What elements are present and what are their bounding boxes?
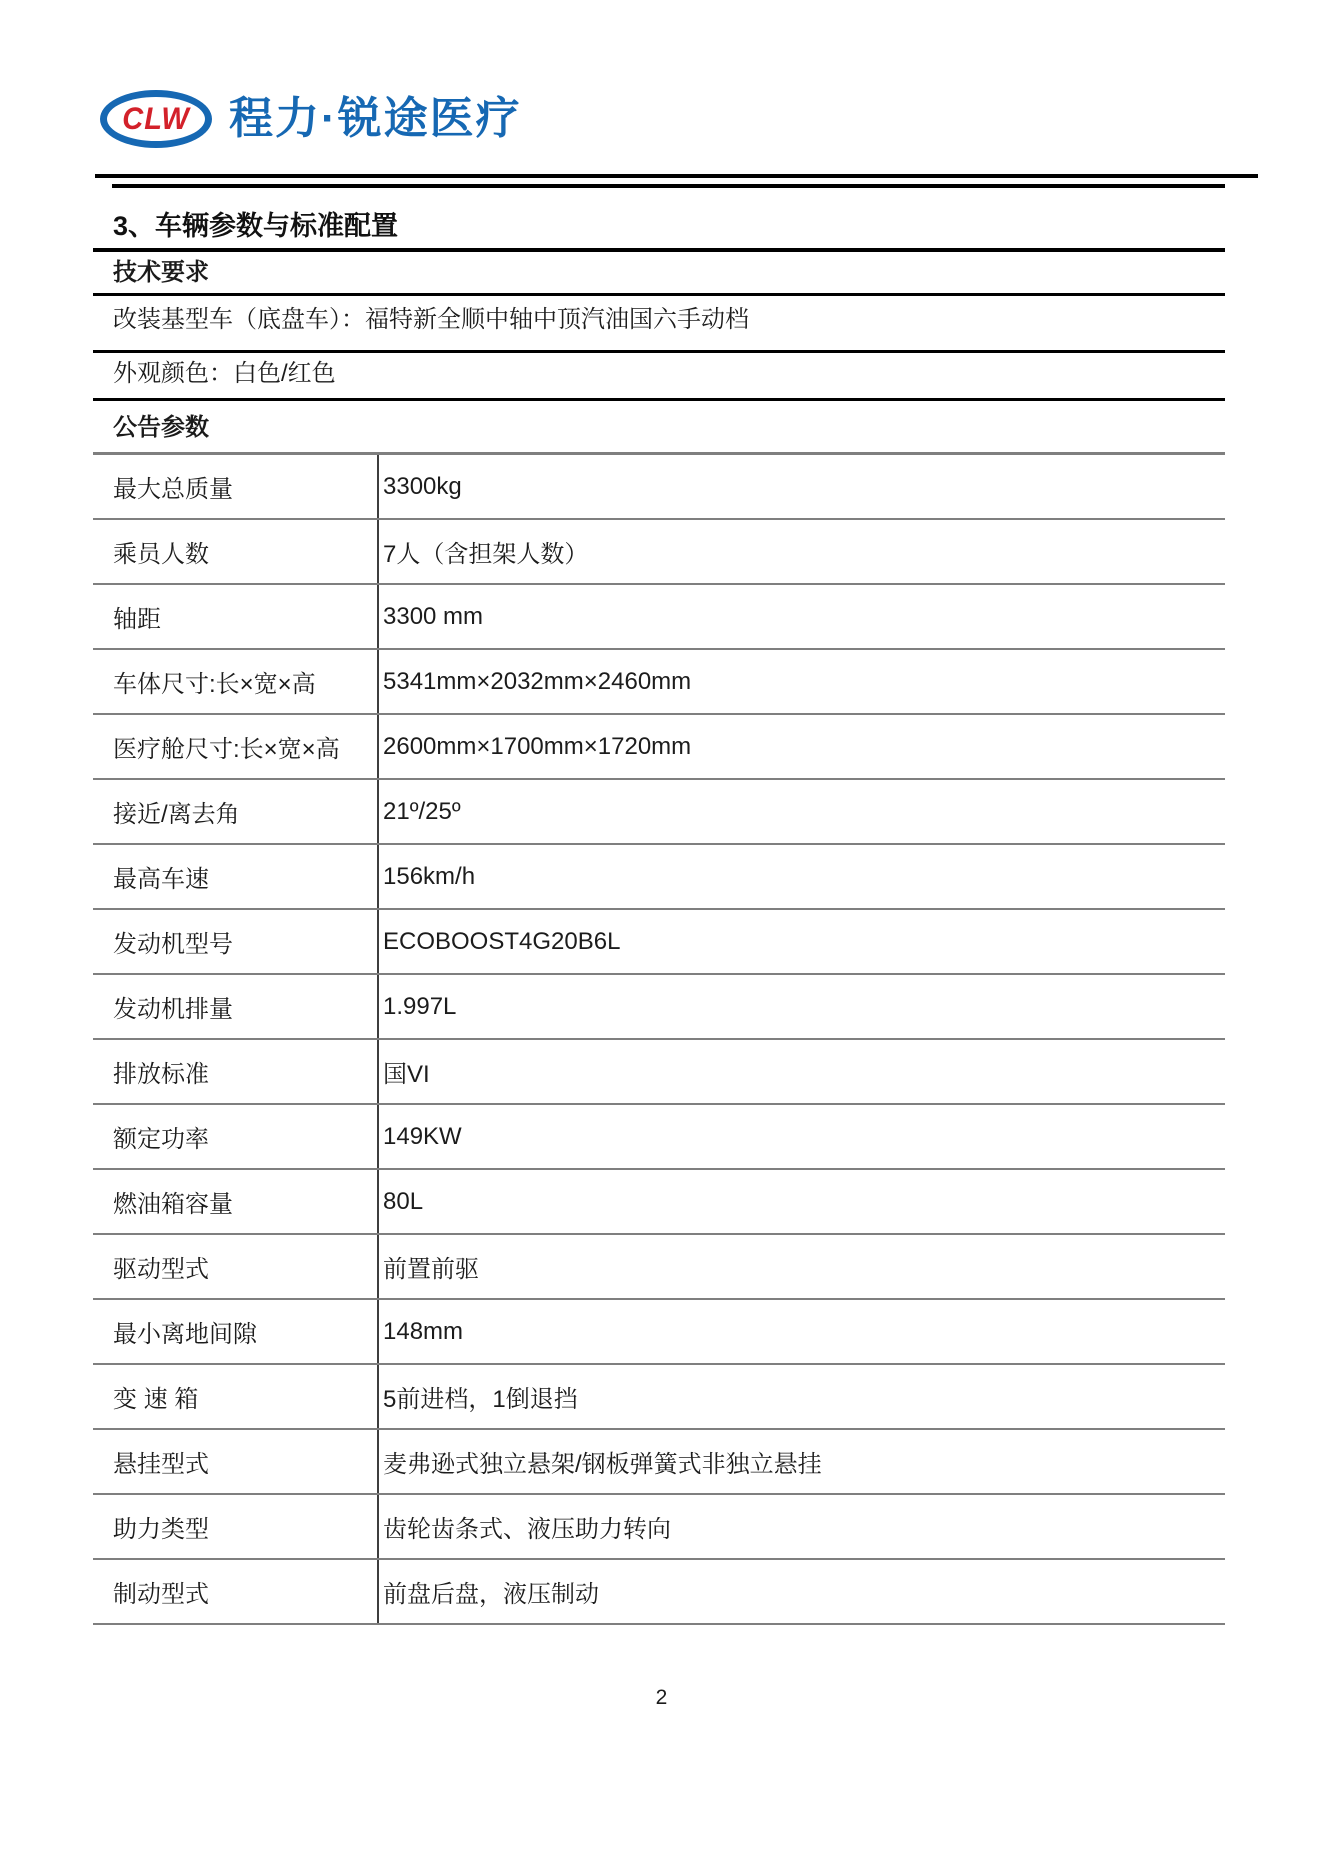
table-row: 制动型式 前盘后盘，液压制动 [93,1560,1225,1625]
param-label: 助力类型 [93,1495,377,1558]
header-rule-bottom [112,184,1225,188]
table-row: 发动机排量 1.997L [93,975,1225,1040]
param-value: 国VI [377,1040,1225,1103]
page-title: 3、车辆参数与标准配置 [113,210,1323,242]
table-row: 排放标准 国VI [93,1040,1225,1105]
param-label: 排放标准 [93,1040,377,1103]
param-label: 悬挂型式 [93,1430,377,1493]
divider-line [93,293,1225,296]
param-value: 7人（含担架人数） [377,520,1225,583]
param-label: 医疗舱尺寸:长×宽×高 [93,715,377,778]
param-value: ECOBOOST4G20B6L [377,910,1225,973]
clw-oval-badge-icon: CLW [100,90,212,148]
param-label: 额定功率 [93,1105,377,1168]
param-label: 最高车速 [93,845,377,908]
header-rule-top [95,174,1258,178]
param-value: 80L [377,1170,1225,1233]
table-row: 助力类型 齿轮齿条式、液压助力转向 [93,1495,1225,1560]
table-row: 最高车速 156km/h [93,845,1225,910]
table-row: 额定功率 149KW [93,1105,1225,1170]
clw-badge-text: CLW [122,101,189,137]
param-value: 前置前驱 [377,1235,1225,1298]
param-label: 燃油箱容量 [93,1170,377,1233]
table-row: 接近/离去角 21º/25º [93,780,1225,845]
table-row: 乘员人数 7人（含担架人数） [93,520,1225,585]
param-label: 车体尺寸:长×宽×高 [93,650,377,713]
param-value: 21º/25º [377,780,1225,843]
param-label: 发动机排量 [93,975,377,1038]
table-row: 医疗舱尺寸:长×宽×高 2600mm×1700mm×1720mm [93,715,1225,780]
divider-line [93,350,1225,353]
param-label: 制动型式 [93,1560,377,1623]
param-value: 2600mm×1700mm×1720mm [377,715,1225,778]
base-vehicle-line: 改装基型车（底盘车）：福特新全顺中轴中顶汽油国六手动档 [113,305,1323,335]
param-value: 156km/h [377,845,1225,908]
table-row: 驱动型式 前置前驱 [93,1235,1225,1300]
brand-name: 程力·锐途医疗 [229,97,522,141]
table-row: 变 速 箱 5前进档，1倒退挡 [93,1365,1225,1430]
table-row: 发动机型号 ECOBOOST4G20B6L [93,910,1225,975]
param-value: 3300kg [377,455,1225,518]
param-value: 前盘后盘，液压制动 [377,1560,1225,1623]
table-row: 轴距 3300 mm [93,585,1225,650]
param-value: 149KW [377,1105,1225,1168]
section-rule [93,248,1225,252]
param-label: 轴距 [93,585,377,648]
table-row: 最大总质量 3300kg [93,455,1225,520]
divider-line [93,398,1225,401]
table-row: 燃油箱容量 80L [93,1170,1225,1235]
page-number: 2 [0,1686,1323,1710]
param-value: 148mm [377,1300,1225,1363]
param-value: 5前进档，1倒退挡 [377,1365,1225,1428]
param-value: 麦弗逊式独立悬架/钢板弹簧式非独立悬挂 [377,1430,1225,1493]
document-page: CLW 程力·锐途医疗 3、车辆参数与标准配置 技术要求 改装基型车（底盘车）：… [0,0,1323,1871]
param-value: 1.997L [377,975,1225,1038]
tech-requirements-title: 技术要求 [113,256,1323,289]
param-value: 3300 mm [377,585,1225,648]
spec-table: 最大总质量 3300kg 乘员人数 7人（含担架人数） 轴距 3300 mm 车… [93,452,1225,1625]
exterior-color-line: 外观颜色：白色/红色 [113,359,1323,389]
param-label: 最小离地间隙 [93,1300,377,1363]
notice-params-title: 公告参数 [113,411,1323,444]
param-label: 接近/离去角 [93,780,377,843]
table-row: 最小离地间隙 148mm [93,1300,1225,1365]
param-label: 发动机型号 [93,910,377,973]
table-row: 悬挂型式 麦弗逊式独立悬架/钢板弹簧式非独立悬挂 [93,1430,1225,1495]
company-logo: CLW 程力·锐途医疗 [100,0,1323,150]
param-label: 变 速 箱 [93,1365,377,1428]
param-label: 驱动型式 [93,1235,377,1298]
param-value: 齿轮齿条式、液压助力转向 [377,1495,1225,1558]
param-label: 乘员人数 [93,520,377,583]
param-value: 5341mm×2032mm×2460mm [377,650,1225,713]
param-label: 最大总质量 [93,455,377,518]
table-row: 车体尺寸:长×宽×高 5341mm×2032mm×2460mm [93,650,1225,715]
